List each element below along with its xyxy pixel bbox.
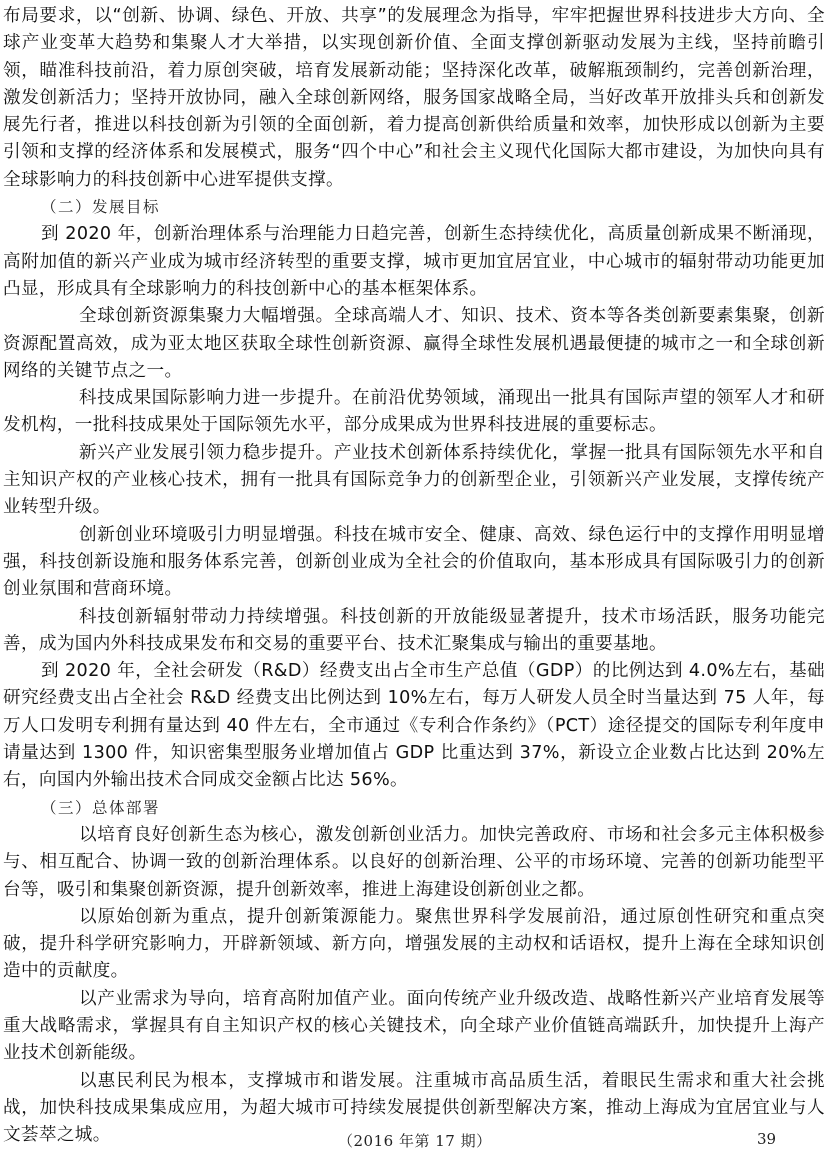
paragraph-2020-quantitative-targets: 到 2020 年，全社会研发（R&D）经费支出占全市生产总值（GDP）的比例达到… bbox=[3, 658, 825, 794]
paragraph-innovation-ecosystem: 以培育良好创新生态为核心，激发创新创业活力。加快完善政府、市场和社会多元主体积极… bbox=[3, 822, 825, 904]
page-footer: （2016 年第 17 期） 39 bbox=[0, 1128, 827, 1154]
page-number: 39 bbox=[757, 1130, 776, 1148]
issue-label: （2016 年第 17 期） bbox=[338, 1130, 492, 1151]
paragraph-original-innovation: 以原始创新为重点，提升创新策源能力。聚焦世界科学发展前沿，通过原创性研究和重点突… bbox=[3, 904, 825, 986]
paragraph-guiding-principle: 布局要求，以“创新、协调、绿色、开放、共享”的发展理念为指导，牢牢把握世界科技进… bbox=[3, 3, 825, 194]
paragraph-industry-demand: 以产业需求为导向，培育高附加值产业。面向传统产业升级改造、战略性新兴产业培育发展… bbox=[3, 986, 825, 1068]
section-heading-development-goals: （二）发展目标 bbox=[3, 194, 825, 221]
paragraph-radiation-driving-force: 科技创新辐射带动力持续增强。科技创新的开放能级显著提升，技术市场活跃，服务功能完… bbox=[3, 604, 825, 659]
paragraph-entrepreneurship-environment: 创新创业环境吸引力明显增强。科技在城市安全、健康、高效、绿色运行中的支撑作用明显… bbox=[3, 522, 825, 604]
paragraph-international-influence: 科技成果国际影响力进一步提升。在前沿优势领域，涌现出一批具有国际声望的领军人才和… bbox=[3, 385, 825, 440]
paragraph-emerging-industries: 新兴产业发展引领力稳步提升。产业技术创新体系持续优化，掌握一批具有国际领先水平和… bbox=[3, 440, 825, 522]
paragraph-2020-goal-overview: 到 2020 年，创新治理体系与治理能力日趋完善，创新生态持续优化，高质量创新成… bbox=[3, 221, 825, 303]
paragraph-global-resources: 全球创新资源集聚力大幅增强。全球高端人才、知识、技术、资本等各类创新要素集聚，创… bbox=[3, 303, 825, 385]
document-page: 布局要求，以“创新、协调、绿色、开放、共享”的发展理念为指导，牢牢把握世界科技进… bbox=[3, 3, 825, 1149]
section-heading-overall-deployment: （三）总体部署 bbox=[3, 795, 825, 822]
